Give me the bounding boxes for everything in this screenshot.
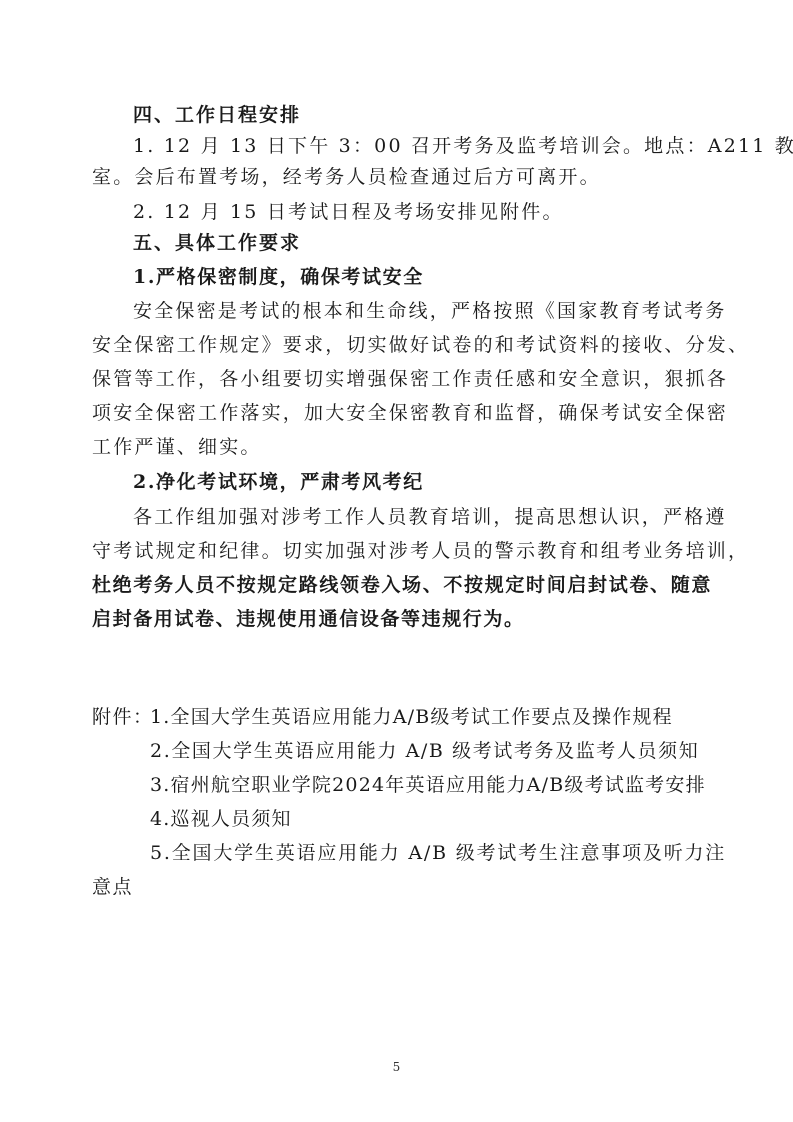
section-heading-schedule: 四、工作日程安排 [133,100,713,130]
attachment-item-5: 5.全国大学生英语应用能力 A/B 级考试考生注意事项及听力注 [150,838,710,868]
document-page: 四、工作日程安排 1. 12 月 13 日下午 3：00 召开考务及监考培训会。… [0,0,793,1122]
attachment-item-5-continuation: 意点 [92,872,172,902]
section-heading-requirements: 五、具体工作要求 [133,228,713,258]
requirement-2-bold-line-2: 启封备用试卷、违规使用通信设备等违规行为。 [92,604,712,634]
requirement-1-line-3: 保管等工作，各小组要切实增强保密工作责任感和安全意识，狠抓各 [92,364,712,394]
requirement-1-line-2: 安全保密工作规定》要求，切实做好试卷的和考试资料的接收、分发、 [92,330,712,360]
attachment-item-3: 3.宿州航空职业学院2024年英语应用能力A/B级考试监考安排 [150,770,710,800]
schedule-item-1-line-2: 室。会后布置考场，经考务人员检查通过后方可离开。 [92,162,712,192]
attachment-item-1: 1.全国大学生英语应用能力A/B级考试工作要点及操作规程 [150,702,710,732]
requirement-1-line-5: 工作严谨、细实。 [92,432,712,462]
page-number: 5 [0,1060,793,1074]
requirement-1-line-1: 安全保密是考试的根本和生命线，严格按照《国家教育考试考务 [133,296,713,326]
attachment-item-4: 4.巡视人员须知 [150,804,710,834]
requirement-2-line-2: 守考试规定和纪律。切实加强对涉考人员的警示教育和组考业务培训， [92,536,712,566]
requirement-2-bold-line-1: 杜绝考务人员不按规定路线领卷入场、不按规定时间启封试卷、随意 [92,570,712,600]
requirement-2-line-1: 各工作组加强对涉考工作人员教育培训，提高思想认识，严格遵 [133,502,713,532]
requirement-1-line-4: 项安全保密工作落实，加大安全保密教育和监督，确保考试安全保密 [92,398,712,428]
requirement-2-title: 2.净化考试环境，严肃考风考纪 [133,467,713,497]
schedule-item-1-line-1: 1. 12 月 13 日下午 3：00 召开考务及监考培训会。地点：A211 教 [133,131,713,161]
attachment-item-2: 2.全国大学生英语应用能力 A/B 级考试考务及监考人员须知 [150,736,710,766]
schedule-item-2: 2. 12 月 15 日考试日程及考场安排见附件。 [133,197,713,227]
attachments-label: 附件： [92,702,152,732]
requirement-1-title: 1.严格保密制度，确保考试安全 [133,262,713,292]
